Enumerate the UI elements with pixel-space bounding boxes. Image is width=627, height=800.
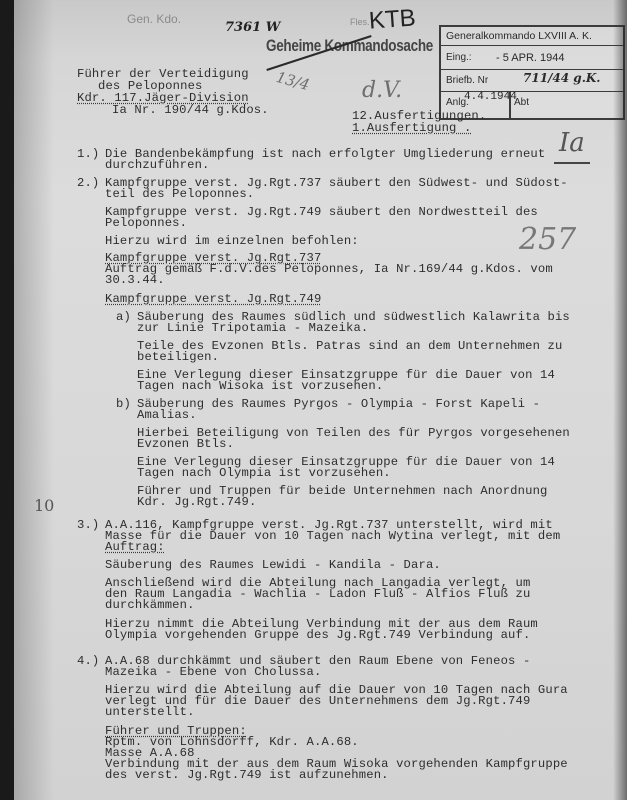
paragraph-2-line-2: teil des Peloponnes. xyxy=(105,188,254,200)
sub-b-line-1: Säuberung des Raumes Pyrgos - Olympia - … xyxy=(137,398,540,410)
faint-stamp-gen-kdo: Gen. Kdo. xyxy=(127,12,181,26)
margin-underline xyxy=(554,162,590,164)
margin-left-mark: 10 xyxy=(34,496,54,515)
stamp-briefb-label: Briefb. Nr xyxy=(446,75,488,86)
pencil-date-note: 13/4 xyxy=(274,68,311,94)
kg737-order-line-1: Auftrag gemäß F.d.V.des Peloponnes, Ia N… xyxy=(105,263,553,275)
stamp-briefb-number: 711/44 g.K. xyxy=(523,71,600,85)
paragraph-2-intro: Hierzu wird im einzelnen befohlen: xyxy=(105,235,359,247)
sub-a-line-6: Tagen nach Wisoka ist vorzusehen. xyxy=(137,380,383,392)
kg749-heading: Kampfgruppe verst. Jg.Rgt.749 xyxy=(105,293,321,305)
copy-number: 1.Ausfertigung . xyxy=(352,122,471,134)
ktb-mark: KTB xyxy=(368,4,417,35)
stamp-title: Generalkommando LXVIII A. K. xyxy=(446,30,592,42)
margin-note-number: 257 xyxy=(519,222,576,257)
paragraph-4-line-2: Mazeika - Ebene von Cholussa. xyxy=(105,666,321,678)
sub-a-line-4: beteiligen. xyxy=(137,351,219,363)
sub-a-line-2: zur Linie Tripotamia - Mazeika. xyxy=(137,322,368,334)
paragraph-2-kg749-line-2: Peloponnes. xyxy=(105,217,187,229)
sub-b-line-8: Kdr. Jg.Rgt.749. xyxy=(137,496,256,508)
document-page: Gen. Kdo. Fles. 7361 W Geheime Kommandos… xyxy=(14,0,627,800)
paragraph-4-number: 4.) xyxy=(77,655,99,667)
paragraph-3-number: 3.) xyxy=(77,519,99,531)
kg737-order-line-2: 30.3.44. xyxy=(105,274,165,286)
stamp-eing-date: - 5 APR. 1944 xyxy=(496,52,565,64)
classification-stamp: Geheime Kommandosache xyxy=(266,36,433,55)
sub-b-line-6: Tagen nach Olympia ist vorzusehen. xyxy=(137,467,391,479)
paragraph-3-line-3: Auftrag: xyxy=(105,541,165,553)
paragraph-4-line-10: des verst. Jg.Rgt.749 ist aufzunehmen. xyxy=(105,769,389,781)
paragraph-1-line-2: durchzuführen. xyxy=(105,159,210,171)
paragraph-3-line-2: Masse für die Dauer von 10 Tagen nach Wy… xyxy=(105,530,560,542)
sub-b-label: b) xyxy=(116,398,131,410)
receipt-stamp: Generalkommando LXVIII A. K. Eing.: - 5 … xyxy=(439,25,625,120)
stamp-abt-label: Abt xyxy=(514,97,529,108)
paragraph-4-line-5: unterstellt. xyxy=(105,706,195,718)
paragraph-2-number: 2.) xyxy=(77,177,99,189)
sub-a-label: a) xyxy=(116,311,131,323)
stamp-eing-label: Eing.: xyxy=(446,52,472,63)
pencil-initials: d.V. xyxy=(362,78,402,103)
paragraph-3-line-4: Säuberung des Raumes Lewidi - Kandila - … xyxy=(105,559,441,571)
margin-note-ia: Ia xyxy=(559,128,585,158)
sub-b-line-4: Evzonen Btls. xyxy=(137,438,234,450)
sub-b-line-2: Amalias. xyxy=(137,409,197,421)
faint-stamp-small: Fles. xyxy=(350,17,370,27)
paragraph-1-number: 1.) xyxy=(77,148,99,160)
handwritten-reg-number: 7361 W xyxy=(225,20,280,35)
reference-number: Ia Nr. 190/44 g.Kdos. xyxy=(112,104,269,116)
paragraph-3-line-7: durchkämmen. xyxy=(105,599,195,611)
paragraph-3-line-9: Olympia vorgehenden Gruppe des Jg.Rgt.74… xyxy=(105,629,530,641)
